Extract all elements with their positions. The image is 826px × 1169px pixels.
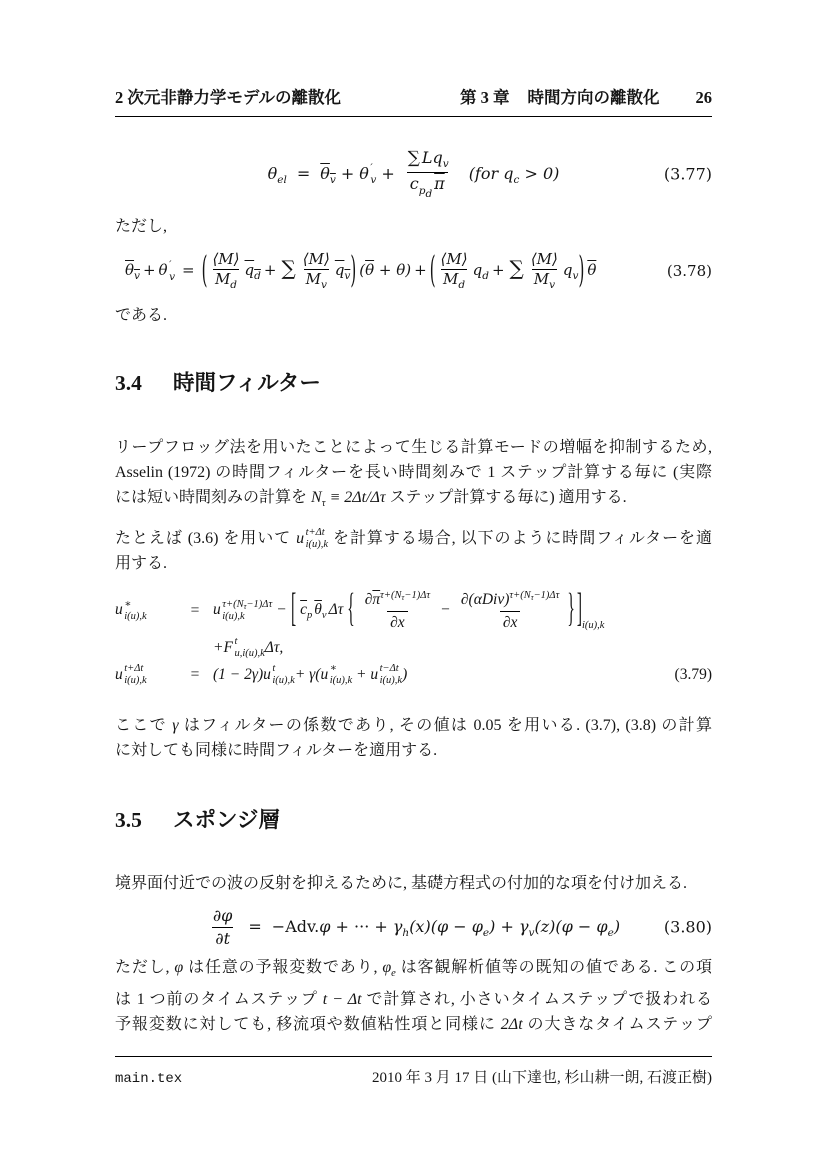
equation-number: (3.78) (667, 262, 712, 280)
inline-math-u: ut+Δti(u),k (296, 530, 328, 547)
rhs: uτ+(Nτ−1)Δτi(u),k−[cpθvΔτ{∂πτ+(Nτ−1)Δτ∂x… (213, 588, 604, 633)
plus-operator: + (414, 261, 427, 279)
section-number: 3.5 (115, 808, 173, 833)
page-content: 2 次元非静力学モデルの離散化 第 3 章 時間方向の離散化 26 θel=θv… (115, 84, 712, 1037)
sum-symbol: ∑ (281, 256, 295, 280)
lhs: ut+Δti(u),k (115, 663, 177, 687)
right-paren: ) (578, 248, 584, 291)
text-line: には短い時間刻みの計算を Nτ ≡ 2Δt/Δτ ステップ計算する毎に) 適用す… (115, 485, 712, 516)
phi-e-symbol: φe (382, 959, 396, 976)
theta-v-bar: θv (125, 261, 140, 279)
section-title: 時間フィルター (173, 366, 321, 397)
paragraph-4: 境界面付近での波の反射を抑えるために, 基礎方程式の付加的な項を付け加える. (115, 871, 712, 896)
advection-term: −Adv. (272, 917, 319, 936)
equation-number: (3.80) (664, 918, 712, 937)
plus-operator: + (495, 917, 519, 936)
paragraph-2: たとえば (3.6) を用いて ut+Δti(u),k を計算する場合, 以下の… (115, 526, 712, 576)
equals-sign: = (177, 602, 213, 620)
page-footer: main.tex 2010 年 3 月 17 日 (山下達也, 杉山耕一朗, 石… (115, 1056, 712, 1087)
minus-operator: − (277, 601, 286, 618)
plus-operator: + (381, 164, 394, 183)
gamma-v-term: γv(z)(φ − φe) (519, 917, 620, 936)
running-head-left: 2 次元非静力学モデルの離散化 (115, 84, 341, 108)
sup-sub-stack: ′v (370, 162, 376, 186)
section-number: 3.4 (115, 371, 173, 396)
rhs-continuation: +Ftu,i(u),kΔτ, (213, 636, 283, 660)
fraction: ∑Lqvcpdπ (403, 147, 452, 202)
equation-number: (3.77) (664, 165, 712, 184)
right-paren: ) (350, 248, 356, 291)
equation-3-77: θel=θv+θ′v+∑Lqvcpdπ(for qc > 0) (3.77) (115, 147, 712, 202)
equals-sign: = (248, 917, 261, 936)
section-heading-3-4: 3.4 時間フィルター (115, 366, 712, 397)
equation-body: ∂φ∂t=−Adv.φ + ··· + γh(x)(φ − φe) + γv(z… (207, 905, 620, 950)
text-line: Asselin (1972) の時間フィルターを長い時間刻みで 1 ステップ計算… (115, 460, 712, 485)
fraction: ∂(αDiv)τ+(Nτ−1)Δτ∂x (458, 588, 562, 633)
section-heading-3-5: 3.5 スポンジ層 (115, 803, 712, 834)
equation-line-2: +Ftu,i(u),kΔτ, (115, 636, 712, 660)
equation-line-3: ut+Δti(u),k = (1 − 2γ)uti(u),k+ γ(u∗i(u)… (115, 663, 712, 687)
theta-group: (θ + θ) (359, 261, 411, 279)
text-line: に対しても同様に時間フィルターを適用する. (115, 738, 712, 763)
section-title: スポンジ層 (173, 803, 280, 834)
equation-3-79: u∗i(u),k = uτ+(Nτ−1)Δτi(u),k−[cpθvΔτ{∂πτ… (115, 588, 712, 687)
gamma-h-term: γh(x)(φ − φe) (393, 917, 496, 936)
equation-body: θv+θ′v=(⟨M⟩Mdqd+∑⟨M⟩Mvqv)(θ + θ)+(⟨M⟩Mdq… (125, 250, 596, 292)
text-line: 用する. (115, 551, 712, 576)
left-bracket: [ (291, 587, 296, 634)
q-v-bar: qv (335, 261, 351, 279)
paragraph-tadashi: ただし, (115, 214, 712, 239)
footer-filename: main.tex (115, 1071, 182, 1087)
running-head-right: 第 3 章 時間方向の離散化 26 (460, 84, 712, 108)
text-line: リープフロッグ法を用いたことによって生じる計算モードの増幅を抑制するため, (115, 435, 712, 460)
text-line: ただし, φ は任意の予報変数であり, φe は客観解析値等の既知の値である. … (115, 955, 712, 986)
u-exp: uτ+(Nτ−1)Δτi(u),k (213, 601, 272, 618)
fraction: ⟨M⟩Md (210, 250, 241, 292)
text-line: 予報変数に対しても, 移流項や数値粘性項と同様に 2Δt の大きなタイムステップ (115, 1012, 712, 1037)
chapter-label: 第 3 章 (460, 84, 510, 108)
plus-operator: + (143, 261, 156, 279)
lhs: u∗i(u),k (115, 599, 177, 623)
equation-body: θel=θv+θ′v+∑Lqvcpdπ(for qc > 0) (268, 147, 560, 202)
right-bracket: ] (577, 587, 582, 634)
right-brace: } (567, 587, 574, 634)
minus-operator: − (441, 601, 450, 618)
condition: (for qc > 0) (469, 164, 560, 183)
text-line: ここで γ はフィルターの係数であり, その値は 0.05 を用いる. (3.7… (115, 713, 712, 738)
theta-bar: θ (587, 261, 596, 279)
text-line: 境界面付近での波の反射を抑えるために, 基礎方程式の付加的な項を付け加える. (115, 871, 712, 896)
plus-operator: + (264, 261, 277, 279)
text-line: は 1 つ前のタイムステップ t − Δt で計算され, 小さいタイムステップで… (115, 987, 712, 1012)
bracket-subscript: i(u),k (582, 620, 604, 631)
theta-v-prime: θ′v (159, 261, 175, 279)
equation-3-80: ∂φ∂t=−Adv.φ + ··· + γh(x)(φ − φe) + γv(z… (115, 904, 712, 950)
equation-number: (3.79) (675, 666, 712, 684)
fraction: ∂πτ+(Nτ−1)Δτ∂x (362, 588, 433, 633)
inline-math-tdt: t − Δt (323, 991, 362, 1008)
text-line: たとえば (3.6) を用いて ut+Δti(u),k を計算する場合, 以下の… (115, 526, 712, 551)
ellipsis: + ··· + (330, 917, 392, 936)
sum-symbol: ∑ (510, 256, 524, 280)
q-d: qd (473, 261, 489, 279)
left-paren: ( (430, 248, 436, 291)
equals-sign: = (182, 261, 195, 279)
left-paren: ( (202, 248, 208, 291)
page-number: 26 (696, 88, 713, 108)
equals-sign: = (177, 666, 213, 684)
paragraph-3: ここで γ はフィルターの係数であり, その値は 0.05 を用いる. (3.7… (115, 713, 712, 763)
equation-3-78: θv+θ′v=(⟨M⟩Mdqd+∑⟨M⟩Mvqv)(θ + θ)+(⟨M⟩Mdq… (115, 243, 712, 299)
phi-symbol: φ (174, 959, 183, 976)
running-header: 2 次元非静力学モデルの離散化 第 3 章 時間方向の離散化 26 (115, 84, 712, 117)
q-d-bar: qd (245, 261, 261, 279)
plus-operator: + (492, 261, 505, 279)
numerator: ∑Lqv (403, 147, 452, 172)
theta-v-prime: θ′v (359, 164, 376, 183)
plus-operator: + (341, 164, 354, 183)
fraction: ⟨M⟩Mv (529, 250, 560, 292)
paragraph-5: ただし, φ は任意の予報変数であり, φe は客観解析値等の既知の値である. … (115, 955, 712, 1036)
equals-sign: = (297, 164, 310, 183)
inline-math-2dt: 2Δt (501, 1016, 523, 1033)
left-brace: { (347, 587, 354, 634)
q-v: qv (563, 261, 579, 279)
denominator: cpdπ (407, 172, 448, 201)
fraction: ⟨M⟩Mv (301, 250, 332, 292)
equation-line-1: u∗i(u),k = uτ+(Nτ−1)Δτi(u),k−[cpθvΔτ{∂πτ… (115, 588, 712, 633)
chapter-title: 時間方向の離散化 (528, 84, 660, 108)
footer-date-authors: 2010 年 3 月 17 日 (山下達也, 杉山耕一朗, 石渡正樹) (372, 1066, 712, 1087)
document-page: 2 次元非静力学モデルの離散化 第 3 章 時間方向の離散化 26 θel=θv… (0, 0, 826, 1169)
paragraph-dearu: である. (115, 303, 712, 328)
inline-math-ntau: Nτ ≡ 2Δt/Δτ (311, 489, 386, 506)
theta-v-bar: θv (320, 164, 336, 183)
fraction: ∂φ∂t (210, 905, 235, 950)
coefficients: cpθvΔτ (300, 601, 343, 618)
theta-el: θel (268, 164, 287, 183)
sum-symbol: ∑ (408, 148, 420, 168)
rhs: (1 − 2γ)uti(u),k+ γ(u∗i(u),k + ut−Δti(u)… (213, 663, 407, 687)
fraction: ⟨M⟩Md (439, 250, 470, 292)
paragraph-1: リープフロッグ法を用いたことによって生じる計算モードの増幅を抑制するため, As… (115, 435, 712, 516)
